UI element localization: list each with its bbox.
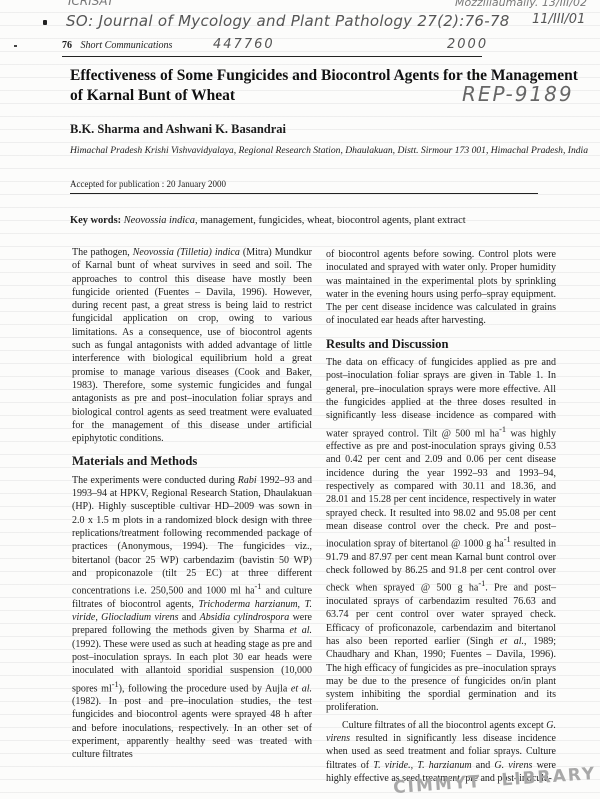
header-divider bbox=[70, 193, 538, 194]
left-column: The pathogen, Neovossia (Tilletia) indic… bbox=[72, 246, 312, 762]
handwritten-rep-number: REP-9189 bbox=[462, 82, 574, 106]
intro-paragraph: The pathogen, Neovossia (Tilletia) indic… bbox=[72, 246, 312, 445]
results-paragraph: The data on efficacy of fungicides appli… bbox=[326, 356, 556, 715]
keywords-label: Key words: bbox=[70, 215, 121, 226]
author-affiliation: Himachal Pradesh Krishi Vishvavidyalaya,… bbox=[70, 143, 590, 158]
running-head: 76 Short Communications bbox=[62, 40, 482, 57]
scan-mark bbox=[14, 45, 17, 47]
handwritten-top-note-left: ICRISAT bbox=[68, 0, 114, 8]
right-column: of biocontrol agents before sowing. Cont… bbox=[326, 248, 556, 785]
keywords-species: Neovossia indica bbox=[124, 215, 195, 226]
methods-paragraph: The experiments were conducted during Ra… bbox=[72, 474, 312, 762]
scan-mark bbox=[43, 20, 47, 25]
keywords: Key words: Neovossia indica, management,… bbox=[70, 215, 466, 226]
methods-heading: Materials and Methods bbox=[72, 455, 312, 468]
handwritten-top-note-right: Mozzillaumaily. 13/III/02 bbox=[455, 0, 587, 9]
article-authors: B.K. Sharma and Ashwani K. Basandrai bbox=[70, 122, 286, 137]
accepted-date: Accepted for publication : 20 January 20… bbox=[70, 179, 226, 189]
results-heading: Results and Discussion bbox=[326, 338, 556, 351]
keywords-list: , management, fungicides, wheat, biocont… bbox=[195, 215, 466, 226]
handwritten-date-note: 11/III/01 bbox=[532, 12, 585, 27]
page-number: 76 bbox=[62, 40, 72, 51]
handwritten-source-note: SO: Journal of Mycology and Plant Pathol… bbox=[66, 12, 510, 30]
section-name: Short Communications bbox=[81, 40, 173, 51]
methods-paragraph-continued: of biocontrol agents before sowing. Cont… bbox=[326, 248, 556, 328]
